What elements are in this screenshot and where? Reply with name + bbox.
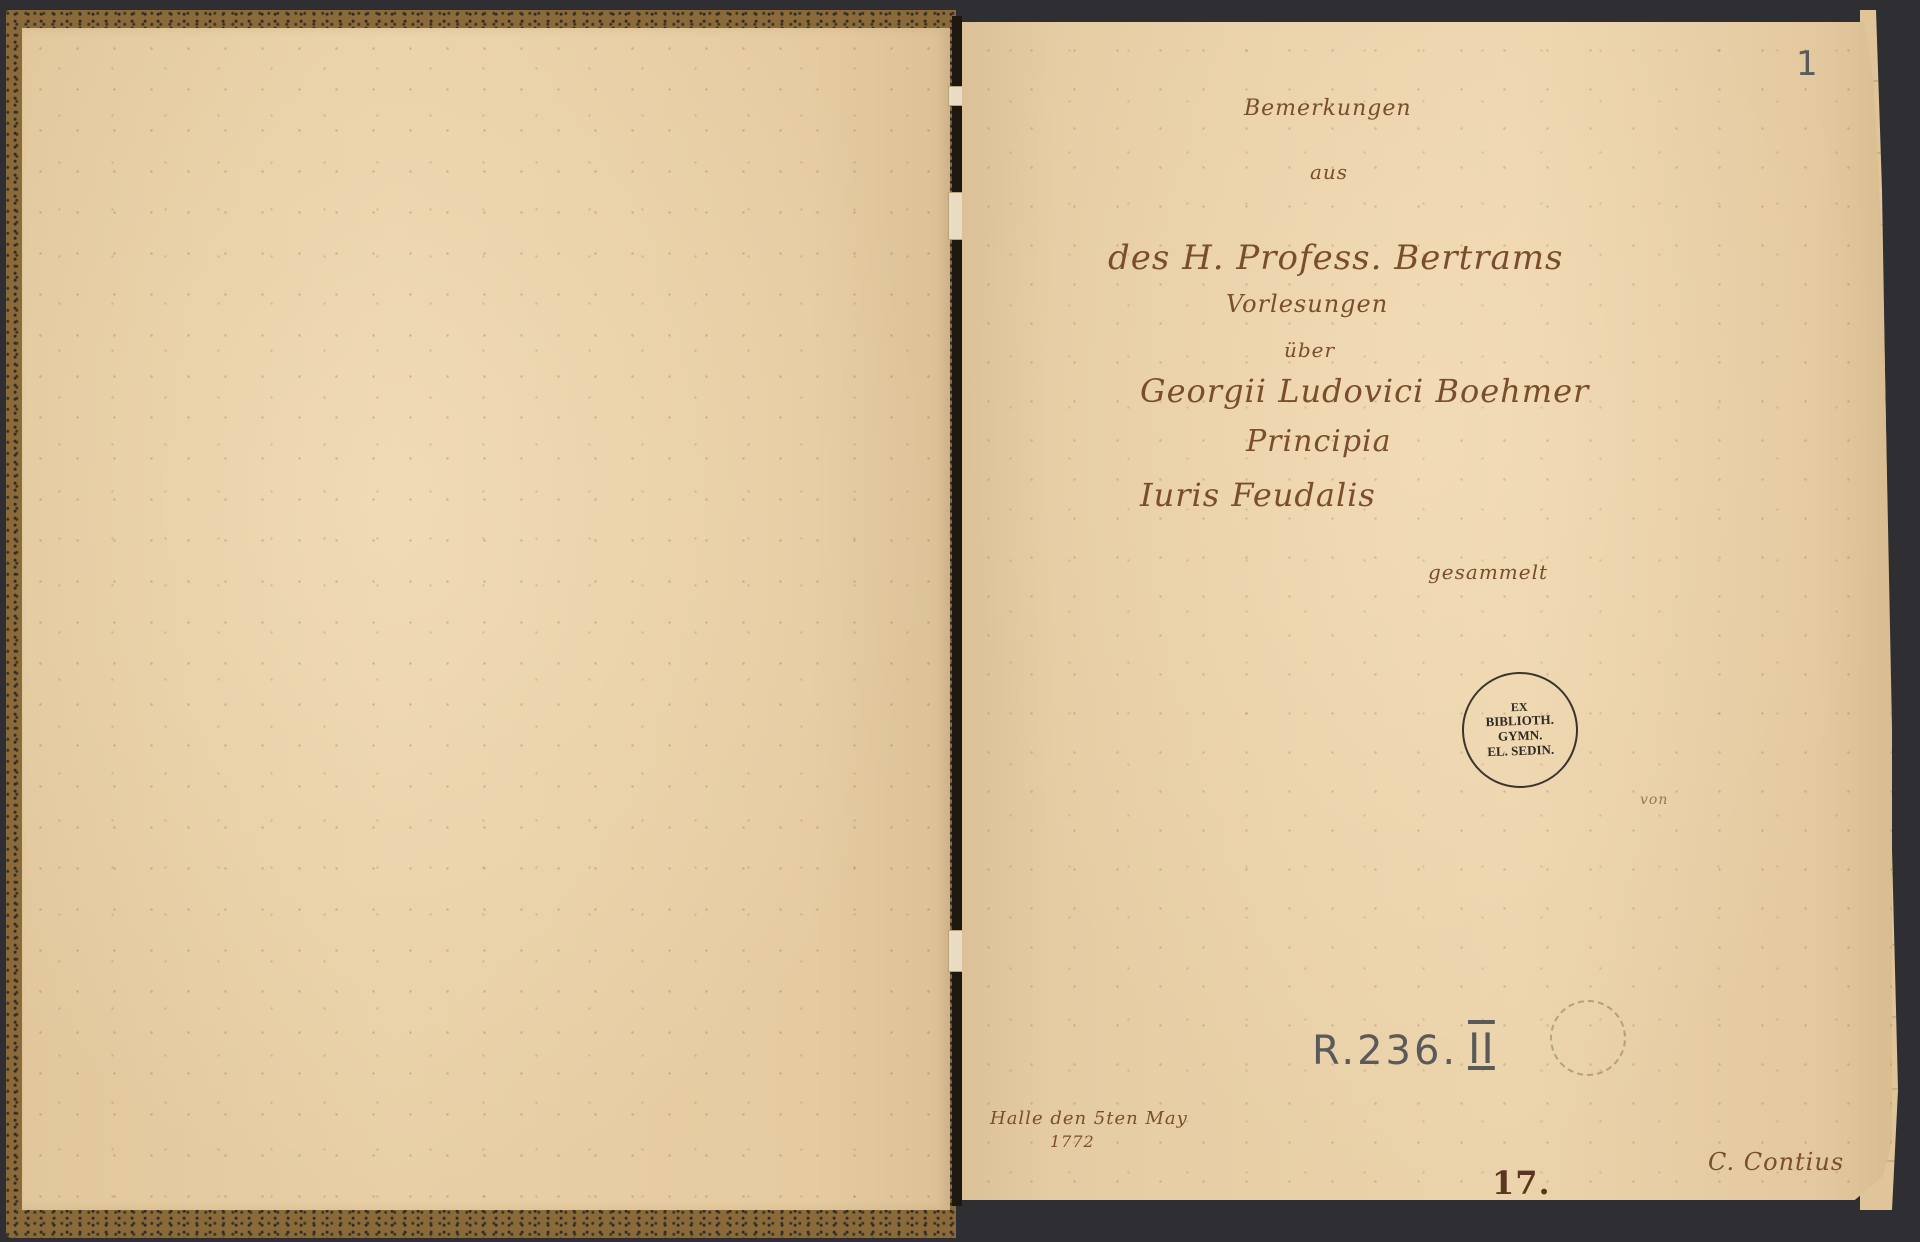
date-year: 1772: [1050, 1132, 1095, 1151]
place-date: Halle den 5ten May: [990, 1108, 1188, 1129]
shelfmark: R.236.: [1312, 1028, 1458, 1074]
title-line-principia: Principia: [1246, 424, 1392, 459]
title-line-vorlesungen: Vorlesungen: [1226, 290, 1388, 318]
item-number: 17.: [1492, 1164, 1551, 1202]
title-line-iuris-feudalis: Iuris Feudalis: [1140, 476, 1376, 514]
gesammelt-note: gesammelt: [1428, 560, 1548, 584]
faint-stamp-impression: [1550, 1000, 1626, 1076]
folio-number: 1: [1796, 44, 1819, 84]
gutter-guard-strip: [948, 930, 964, 972]
title-line-ueber: über: [1284, 338, 1335, 362]
title-line-boehmer: Georgii Ludovici Boehmer: [1140, 372, 1589, 410]
stamp-line-sedin: EL. SEDIN.: [1465, 742, 1577, 761]
gutter-guard-strip: [948, 192, 964, 240]
marginal-note: von: [1640, 792, 1668, 808]
title-line-aus: aus: [1310, 160, 1348, 184]
manuscript-scan: 1 Bemerkungen aus des H. Profess. Bertra…: [0, 0, 1920, 1242]
shelfmark-volume: II: [1468, 1024, 1495, 1073]
title-line-professor: des H. Profess. Bertrams: [1108, 238, 1563, 278]
gutter-guard-strip: [948, 86, 964, 106]
signature: C. Contius: [1708, 1148, 1844, 1176]
left-pastedown-page: [22, 28, 950, 1210]
title-page: [962, 22, 1892, 1200]
title-line-bemerkungen: Bemerkungen: [1244, 96, 1412, 121]
